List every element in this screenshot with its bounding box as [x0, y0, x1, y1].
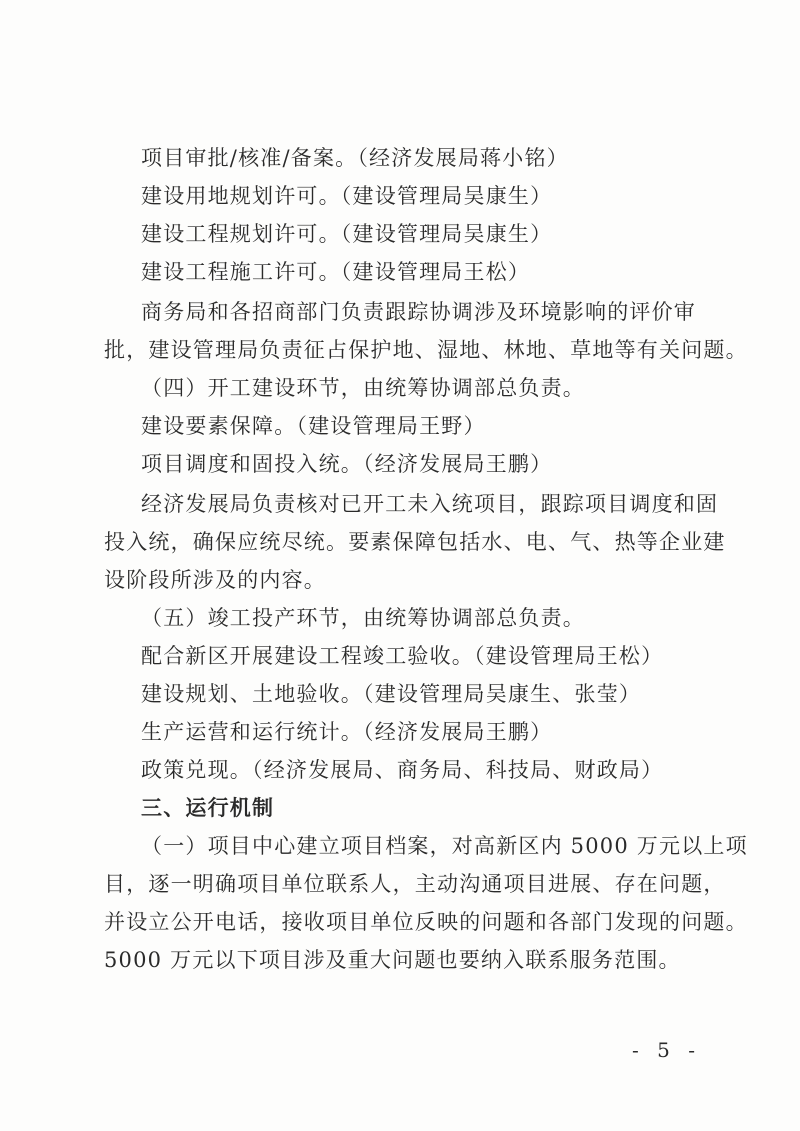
- document-page: 项目审批/核准/备案。（经济发展局蒋小铭） 建设用地规划许可。（建设管理局吴康生…: [0, 0, 800, 1131]
- item-planning-land-acceptance: 建设规划、土地验收。（建设管理局吴康生、张莹）: [141, 681, 741, 707]
- item-construction-permit: 建设工程施工许可。（建设管理局王松）: [141, 259, 741, 285]
- item-project-approval: 项目审批/核准/备案。（经济发展局蒋小铭）: [141, 145, 741, 171]
- subheading-section-4: （四）开工建设环节，由统筹协调部总负责。: [141, 375, 741, 401]
- paragraph-line: 商务局和各招商部门负责跟踪协调涉及环境影响的评价审: [141, 299, 741, 325]
- subheading-section-5: （五）竣工投产环节，由统筹协调部总负责。: [141, 605, 741, 631]
- item-policy-fulfillment: 政策兑现。（经济发展局、商务局、科技局、财政局）: [141, 757, 741, 783]
- paragraph-line: 目，逐一明确项目单位联系人，主动沟通项目进展、存在问题，: [104, 871, 704, 897]
- paragraph-line: 并设立公开电话，接收项目单位反映的问题和各部门发现的问题。: [104, 909, 704, 935]
- item-project-scheduling: 项目调度和固投入统。（经济发展局王鹏）: [141, 451, 741, 477]
- paragraph-line: 5000 万元以下项目涉及重大问题也要纳入联系服务范围。: [104, 947, 704, 973]
- section-heading-operating-mechanism: 三、运行机制: [141, 795, 741, 821]
- paragraph-line: 批，建设管理局负责征占保护地、湿地、林地、草地等有关问题。: [104, 337, 704, 363]
- item-completion-acceptance: 配合新区开展建设工程竣工验收。（建设管理局王松）: [141, 643, 741, 669]
- item-land-planning-permit: 建设用地规划许可。（建设管理局吴康生）: [141, 183, 741, 209]
- page-number: - 5 -: [632, 1038, 701, 1062]
- paragraph-line: （一）项目中心建立项目档案，对高新区内 5000 万元以上项: [141, 833, 741, 859]
- paragraph-line: 设阶段所涉及的内容。: [104, 567, 704, 593]
- item-construction-factors: 建设要素保障。（建设管理局王野）: [141, 413, 741, 439]
- item-engineering-planning-permit: 建设工程规划许可。（建设管理局吴康生）: [141, 221, 741, 247]
- paragraph-line: 经济发展局负责核对已开工未入统项目，跟踪项目调度和固: [141, 491, 741, 517]
- item-operation-statistics: 生产运营和运行统计。（经济发展局王鹏）: [141, 719, 741, 745]
- paragraph-line: 投入统，确保应统尽统。要素保障包括水、电、气、热等企业建: [104, 529, 704, 555]
